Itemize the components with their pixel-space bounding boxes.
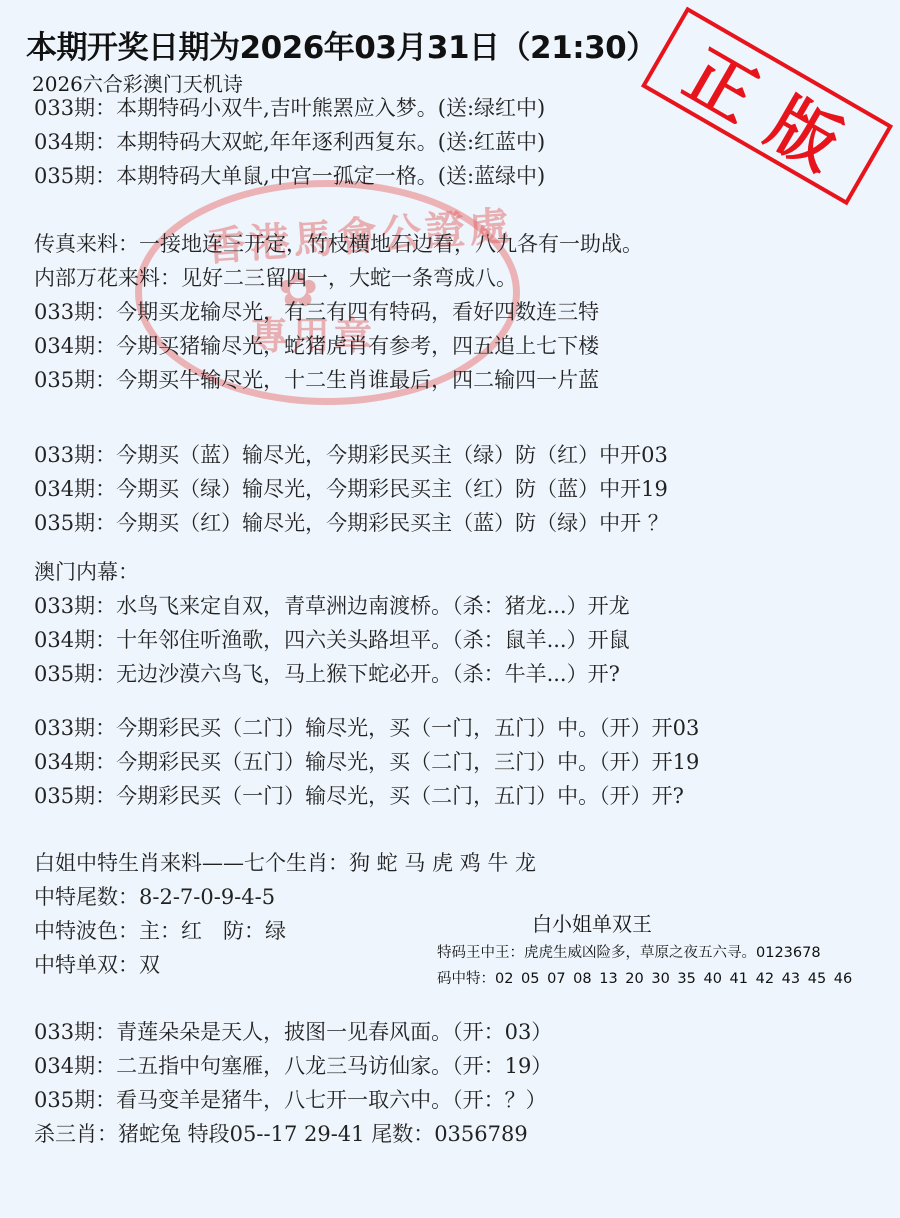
page-title: 本期开奖日期为2026年03月31日（21:30） [26, 22, 657, 67]
zodiac-line: 白姐中特生肖来料——七个生肖：狗 蛇 马 虎 鸡 牛 龙 [34, 846, 536, 880]
final-line: 034期：二五指中句塞雁，八龙三马访仙家。（开：19） [34, 1049, 552, 1083]
fax-line: 034期：今期买猪输尽光，蛇猪虎肖有参考，四五追上七下楼 [34, 329, 599, 363]
bai-box-title: 白小姐单双王 [532, 908, 652, 937]
color-line: 034期：今期买（绿）输尽光，今期彩民买主（红）防（蓝）中开19 [34, 472, 668, 506]
fax-line: 033期：今期买龙输尽光，有三有四有特码，看好四数连三特 [34, 295, 599, 329]
macau-line: 033期：水鸟飞来定自双，青草洲边南渡桥。（杀：猪龙...）开龙 [34, 589, 630, 623]
odd-even-line: 中特单双：双 [34, 948, 160, 982]
wave-color-line: 中特波色：主：红 防：绿 [34, 914, 286, 948]
official-stamp: 正版 [641, 7, 893, 206]
poem-line: 034期：本期特码大双蛇,年年逐利西复东。(送:红蓝中) [34, 125, 545, 159]
gate-line: 033期：今期彩民买（二门）输尽光，买（一门，五门）中。（开）开03 [34, 711, 699, 745]
color-line: 033期：今期买（蓝）输尽光，今期彩民买主（绿）防（红）中开03 [34, 438, 668, 472]
fax-line: 传真来料：一接地连三开定，竹枝横地石边看，八九各有一助战。 [34, 227, 643, 261]
macau-line: 034期：十年邻住听渔歌，四六关头路坦平。（杀：鼠羊...）开鼠 [34, 623, 630, 657]
final-line: 035期：看马变羊是猪牛，八七开一取六中。（开：？） [34, 1083, 547, 1117]
gate-line: 035期：今期彩民买（一门）输尽光，买（二门，五门）中。（开）开? [34, 779, 684, 813]
kill-three-line: 杀三肖：猪蛇兔 特段05--17 29-41 尾数：0356789 [34, 1117, 528, 1151]
color-line: 035期：今期买（红）输尽光，今期彩民买主（蓝）防（绿）中开 ？ [34, 506, 669, 540]
tail-number-line: 中特尾数：8-2-7-0-9-4-5 [34, 880, 275, 914]
final-line: 033期：青莲朵朵是天人，披图一见春风面。（开：03） [34, 1015, 552, 1049]
official-stamp-label: 正版 [670, 22, 885, 202]
poem-line: 035期：本期特码大单鼠,中宫一孤定一格。(送:蓝绿中) [34, 159, 545, 193]
bai-box-line: 特码王中王：虎虎生威凶险多，草原之夜五六寻。0123678 [437, 941, 821, 962]
macau-heading: 澳门内幕： [34, 555, 139, 589]
fax-line: 035期：今期买牛输尽光，十二生肖谁最后，四二输四一片蓝 [34, 363, 599, 397]
macau-line: 035期：无边沙漠六鸟飞，马上猴下蛇必开。（杀：牛羊...）开? [34, 657, 620, 691]
bai-box-numbers: 码中特：02 05 07 08 13 20 30 35 40 41 42 43 … [437, 967, 852, 988]
gate-line: 034期：今期彩民买（五门）输尽光，买（二门，三门）中。（开）开19 [34, 745, 699, 779]
poem-line: 033期：本期特码小双牛,吉叶熊罴应入梦。(送:绿红中) [34, 91, 545, 125]
fax-line: 内部万花来料：见好二三留四一，大蛇一条弯成八。 [34, 261, 517, 295]
